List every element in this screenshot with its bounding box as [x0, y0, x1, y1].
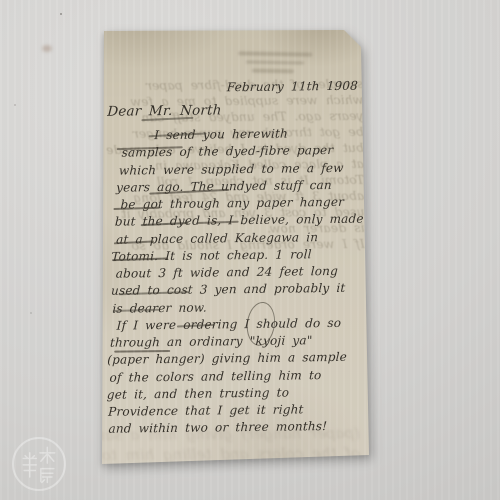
- letter-paper-shadow: samples of the dyed-fibre paperwhich wer…: [0, 0, 500, 500]
- letter-line: and within two or three months!: [104, 418, 359, 438]
- letter-line: but the dyed is, I believe, only made: [112, 211, 367, 231]
- letter-line: (paper hanger) giving him a sample: [107, 349, 362, 369]
- letter-paper: samples of the dyed-fibre paperwhich wer…: [0, 0, 500, 500]
- photo-of-handwritten-letter: samples of the dyed-fibre paperwhich wer…: [0, 0, 500, 500]
- letter-line: If I were ordering I should do so: [108, 314, 363, 334]
- letter-date: February 11th 1908: [224, 79, 359, 95]
- letter-body-lines: I send you herewithsamples of the dyed-f…: [104, 125, 370, 439]
- letter-ink-layer: February 11th 1908 Dear Mr. North I send…: [0, 0, 500, 500]
- letter-line: used to cost 3 yen and probably it: [110, 280, 365, 300]
- kanji-seal-watermark: [12, 437, 66, 491]
